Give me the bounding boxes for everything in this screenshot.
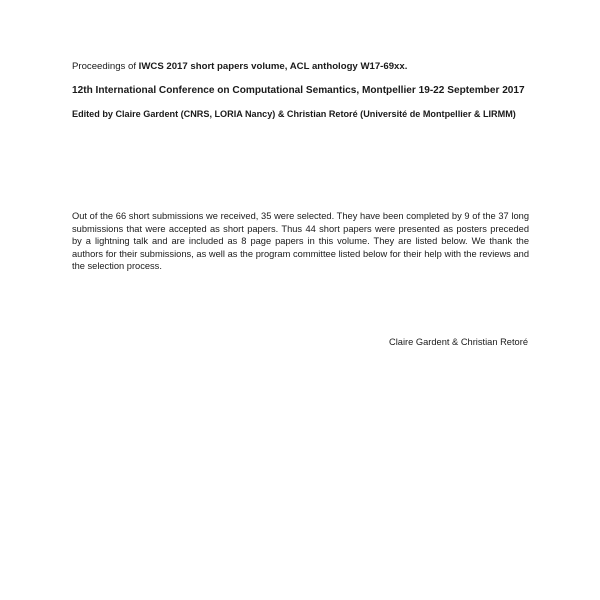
signature: Claire Gardent & Christian Retoré bbox=[389, 337, 528, 347]
proceedings-line: Proceedings of IWCS 2017 short papers vo… bbox=[72, 61, 407, 72]
conference-title: 12th International Conference on Computa… bbox=[72, 85, 525, 96]
proceedings-volume: IWCS 2017 short papers volume, ACL antho… bbox=[139, 61, 408, 72]
proceedings-prefix: Proceedings of bbox=[72, 61, 139, 72]
editors-line: Edited by Claire Gardent (CNRS, LORIA Na… bbox=[72, 109, 516, 119]
preface-paragraph: Out of the 66 short submissions we recei… bbox=[72, 210, 529, 273]
